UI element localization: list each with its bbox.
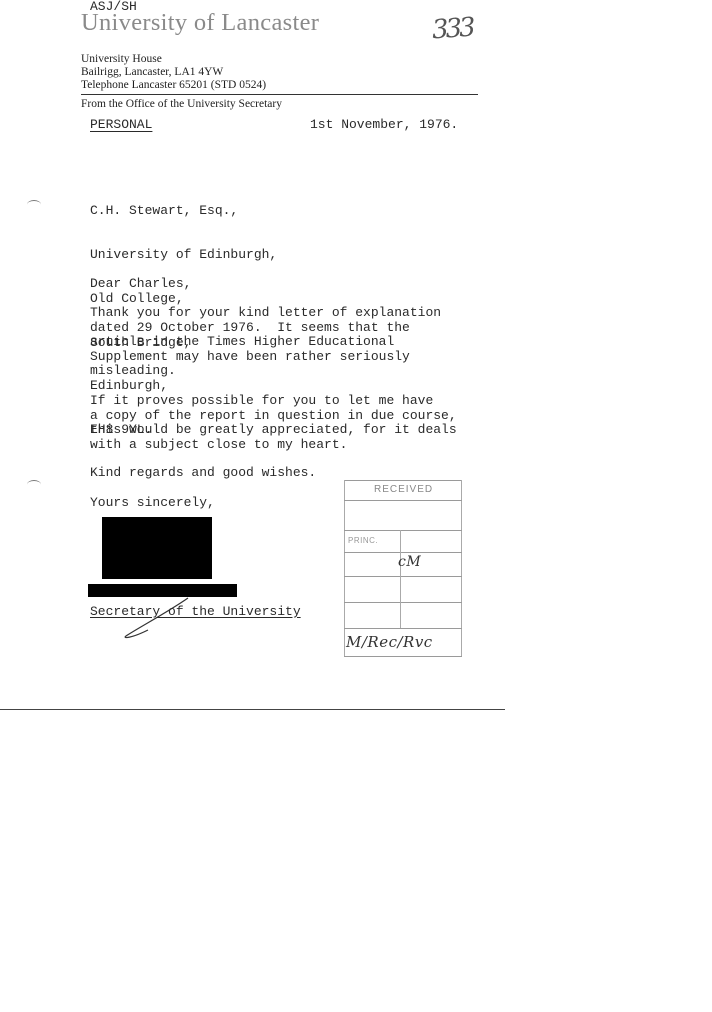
stamp-border [461,480,462,656]
stamp-initial: cM [398,554,421,570]
punch-hole-icon [27,480,41,489]
address-line-street: Bailrigg, Lancaster, LA1 4YW [81,66,223,79]
redacted-signature [102,517,212,579]
page-edge-line [0,709,505,710]
recipient-line: University of Edinburgh, [90,248,277,263]
body-paragraph-1: Thank you for your kind letter of explan… [90,306,441,379]
stamp-border [344,480,345,656]
body-paragraph-2: If it proves possible for you to let me … [90,394,457,452]
recipient-line: C.H. Stewart, Esq., [90,204,277,219]
stamp-divider [344,552,462,553]
closing-line: Kind regards and good wishes. [90,466,316,481]
stamp-divider [344,576,462,577]
stamp-border [344,480,462,481]
stamp-row-label: PRINC. [348,536,378,545]
stamp-divider [344,602,462,603]
confidentiality-marking: PERSONAL [90,118,152,133]
letterhead-divider [81,94,478,95]
stamp-heading: RECEIVED [374,484,433,495]
stamp-border [344,656,462,657]
valediction: Yours sincerely, [90,496,215,511]
stamp-column-divider [400,530,401,628]
handwritten-file-reference: M/Rec/Rvc [346,633,433,651]
stamp-divider [344,500,462,501]
stamp-divider [344,628,462,629]
address-line-building: University House [81,53,162,66]
received-stamp: RECEIVED PRINC. cM M/Rec/Rvc [342,478,462,656]
address-line-telephone: Telephone Lancaster 65201 (STD 0524) [81,79,266,92]
signatory-title: Secretary of the University [90,605,301,620]
punch-hole-icon [27,200,41,209]
letter-date: 1st November, 1976. [310,118,458,133]
recipient-line: Edinburgh, [90,379,277,394]
office-line: From the Office of the University Secret… [81,98,282,110]
institution-name: University of Lancaster [81,9,319,37]
salutation: Dear Charles, [90,277,191,292]
stamp-divider [344,530,462,531]
handwritten-page-number: 333 [431,13,474,46]
